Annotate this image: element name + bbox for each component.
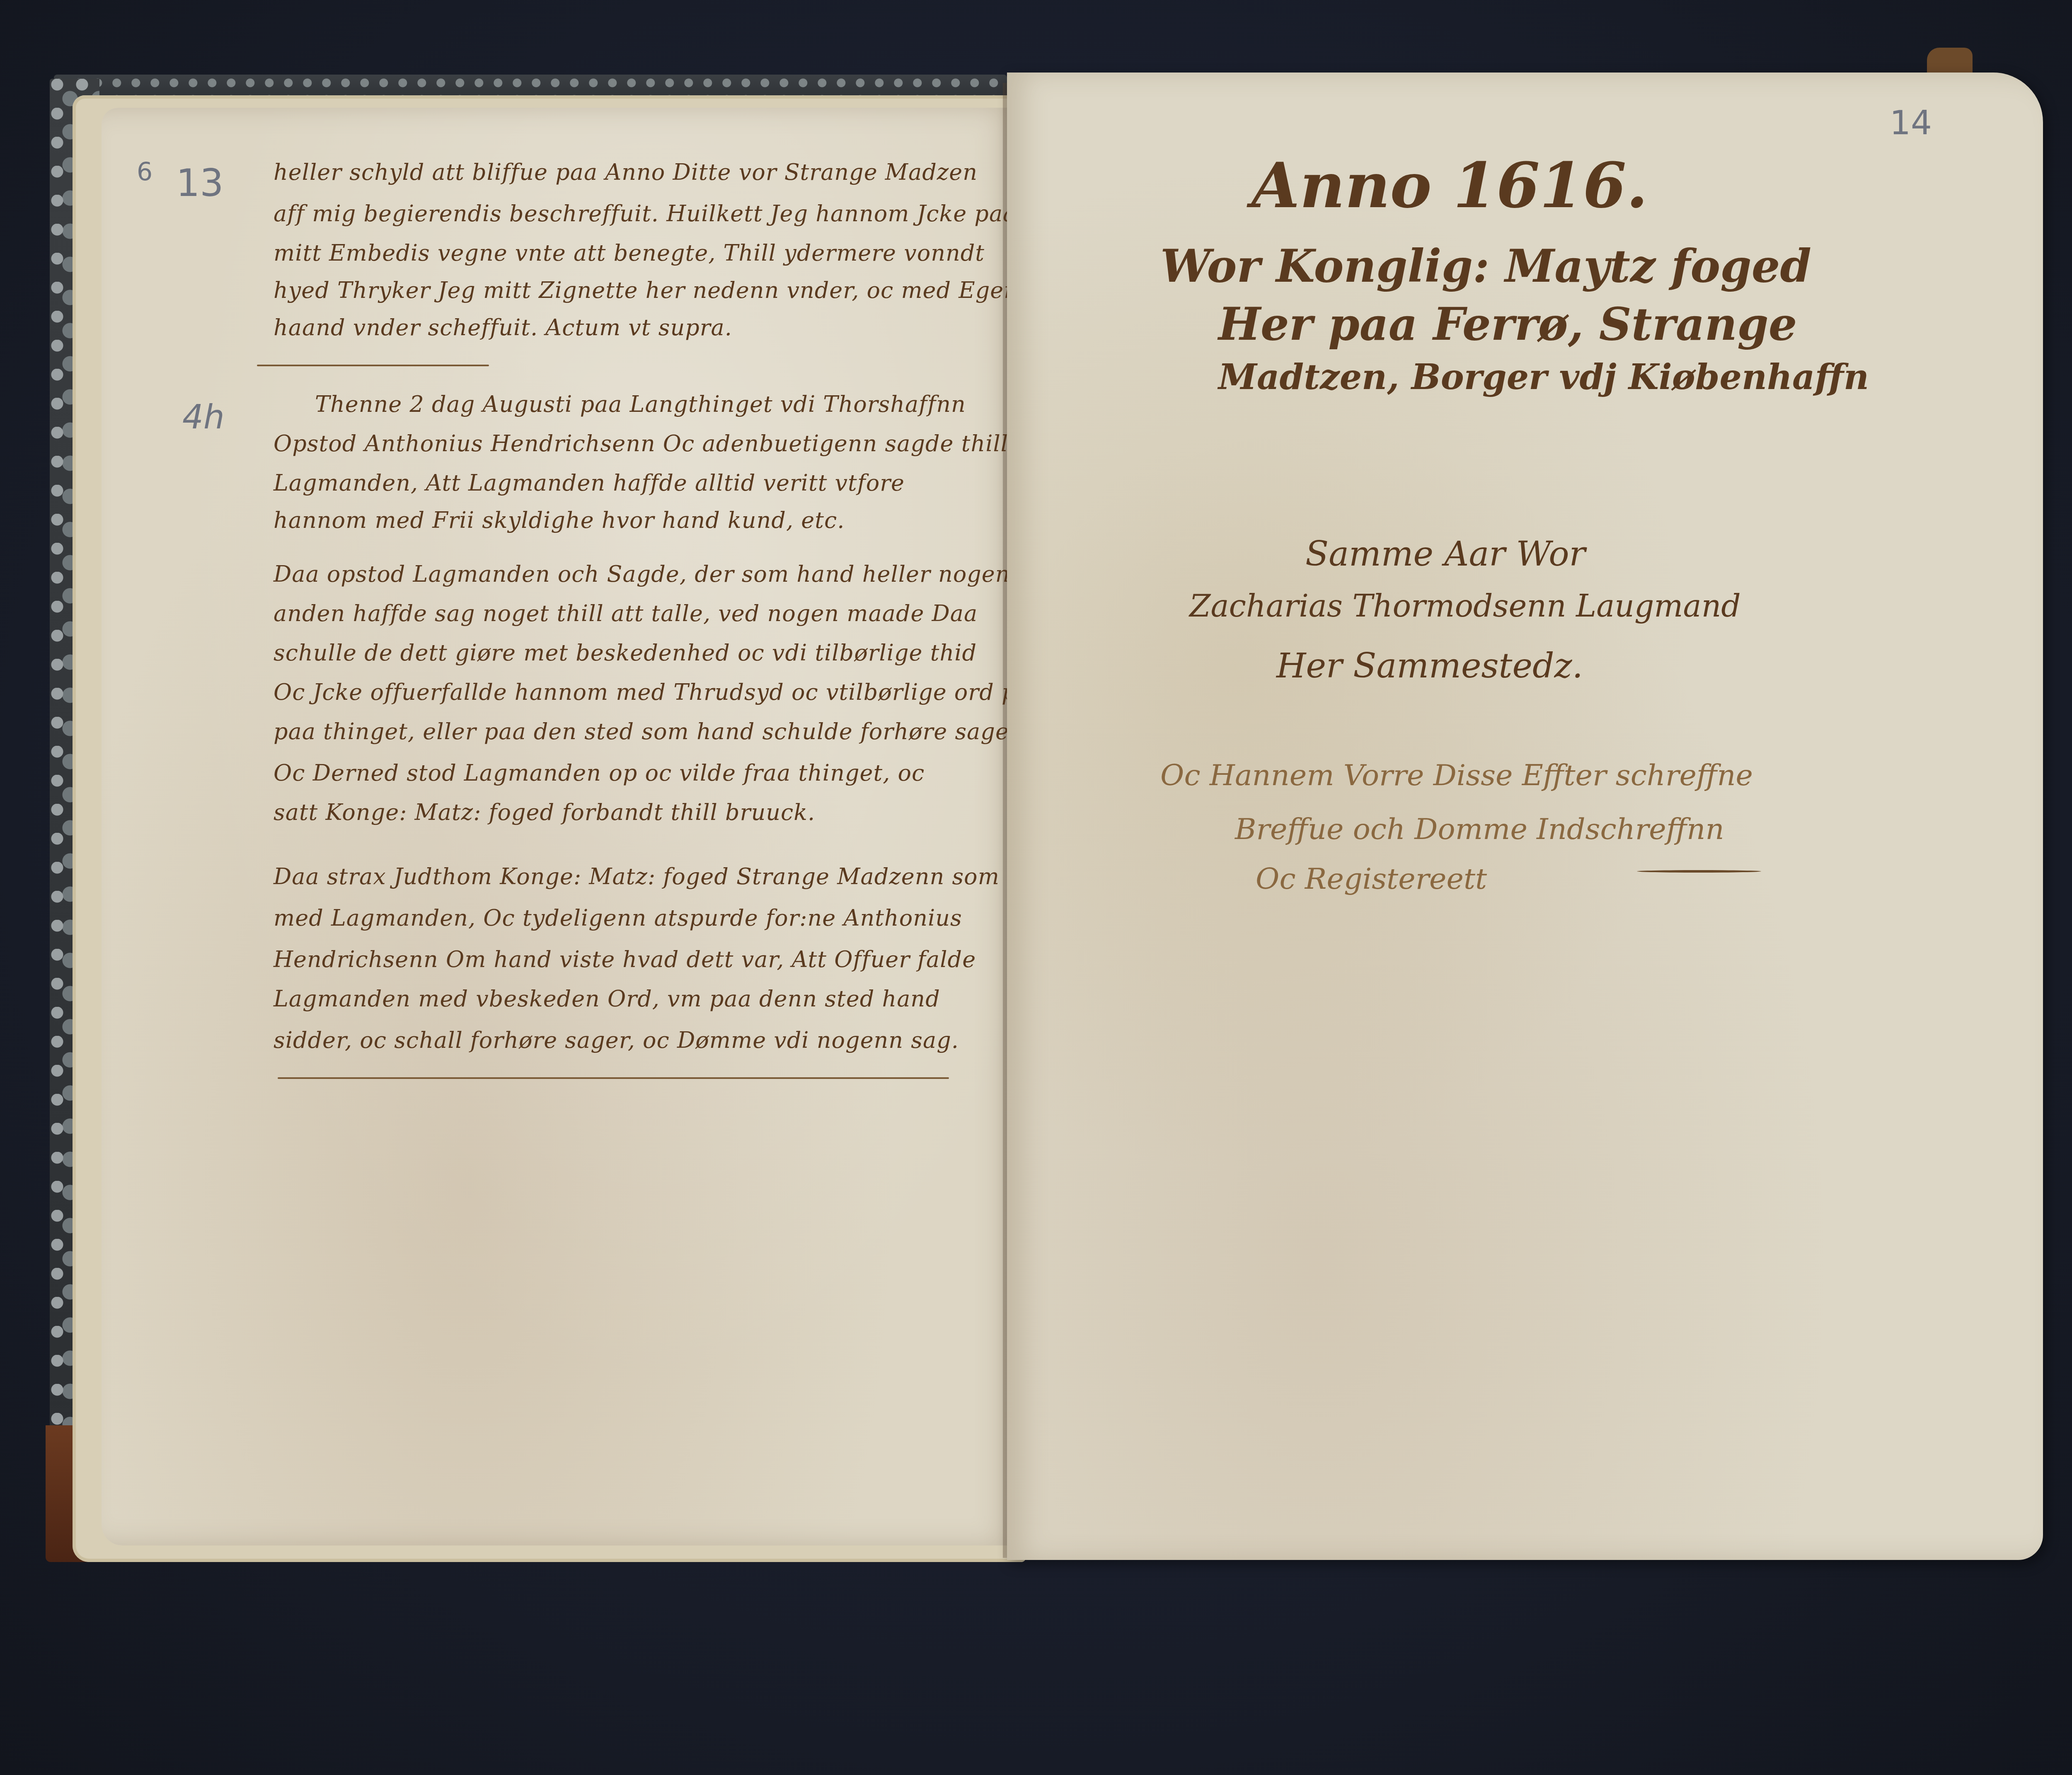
text-line: hannom med Frii skyldighe hvor hand kund… (274, 497, 845, 544)
closing-rule (278, 1077, 949, 1079)
text-line: sidder, oc schall forhøre sager, oc Dømm… (274, 1017, 959, 1064)
text-line: Zacharias Thormodsenn Laugmand (1189, 588, 1741, 624)
pencil-margin-note: 4h (182, 398, 225, 436)
text-line: Oc Hannem Vorre Disse Effter schreffne (1160, 758, 1753, 792)
text-line: paa thinget, eller paa den sted som hand… (274, 709, 1020, 755)
section-divider (257, 365, 489, 366)
text-line: heller schyld att bliffue paa Anno Ditte… (274, 149, 978, 196)
title-year: Anno 1616. (1251, 149, 1648, 222)
text-line: Samme Aar Wor (1305, 534, 1585, 574)
text-line: Breffue och Domme Indschreffnn (1235, 812, 1724, 846)
text-line: satt Konge: Matz: foged forbandt thill b… (274, 789, 815, 836)
text-line: Her Sammestedz. (1276, 646, 1583, 686)
title-line: Wor Konglig: Maytz foged (1160, 240, 1811, 293)
text-line: haand vnder scheffuit. Actum vt supra. (274, 305, 732, 351)
pencil-folio-number: 13 (176, 162, 224, 205)
pencil-page-number: 14 (1890, 104, 1932, 142)
closing-flourish (1637, 870, 1761, 873)
text-line: Lagmanden med vbeskeden Ord, vm paa denn… (274, 976, 940, 1022)
text-line: med Lagmanden, Oc tydeligenn atspurde fo… (274, 895, 962, 941)
pencil-folio-mark: 6 (137, 157, 152, 186)
title-line: Madtzen, Borger vdj Kiøbenhaffn (1218, 356, 1869, 397)
text-line: Oc Registereett (1256, 862, 1487, 896)
title-line: Her paa Ferrø, Strange (1218, 298, 1797, 351)
text-line: Daa strax Judthom Konge: Matz: foged Str… (274, 854, 1000, 900)
